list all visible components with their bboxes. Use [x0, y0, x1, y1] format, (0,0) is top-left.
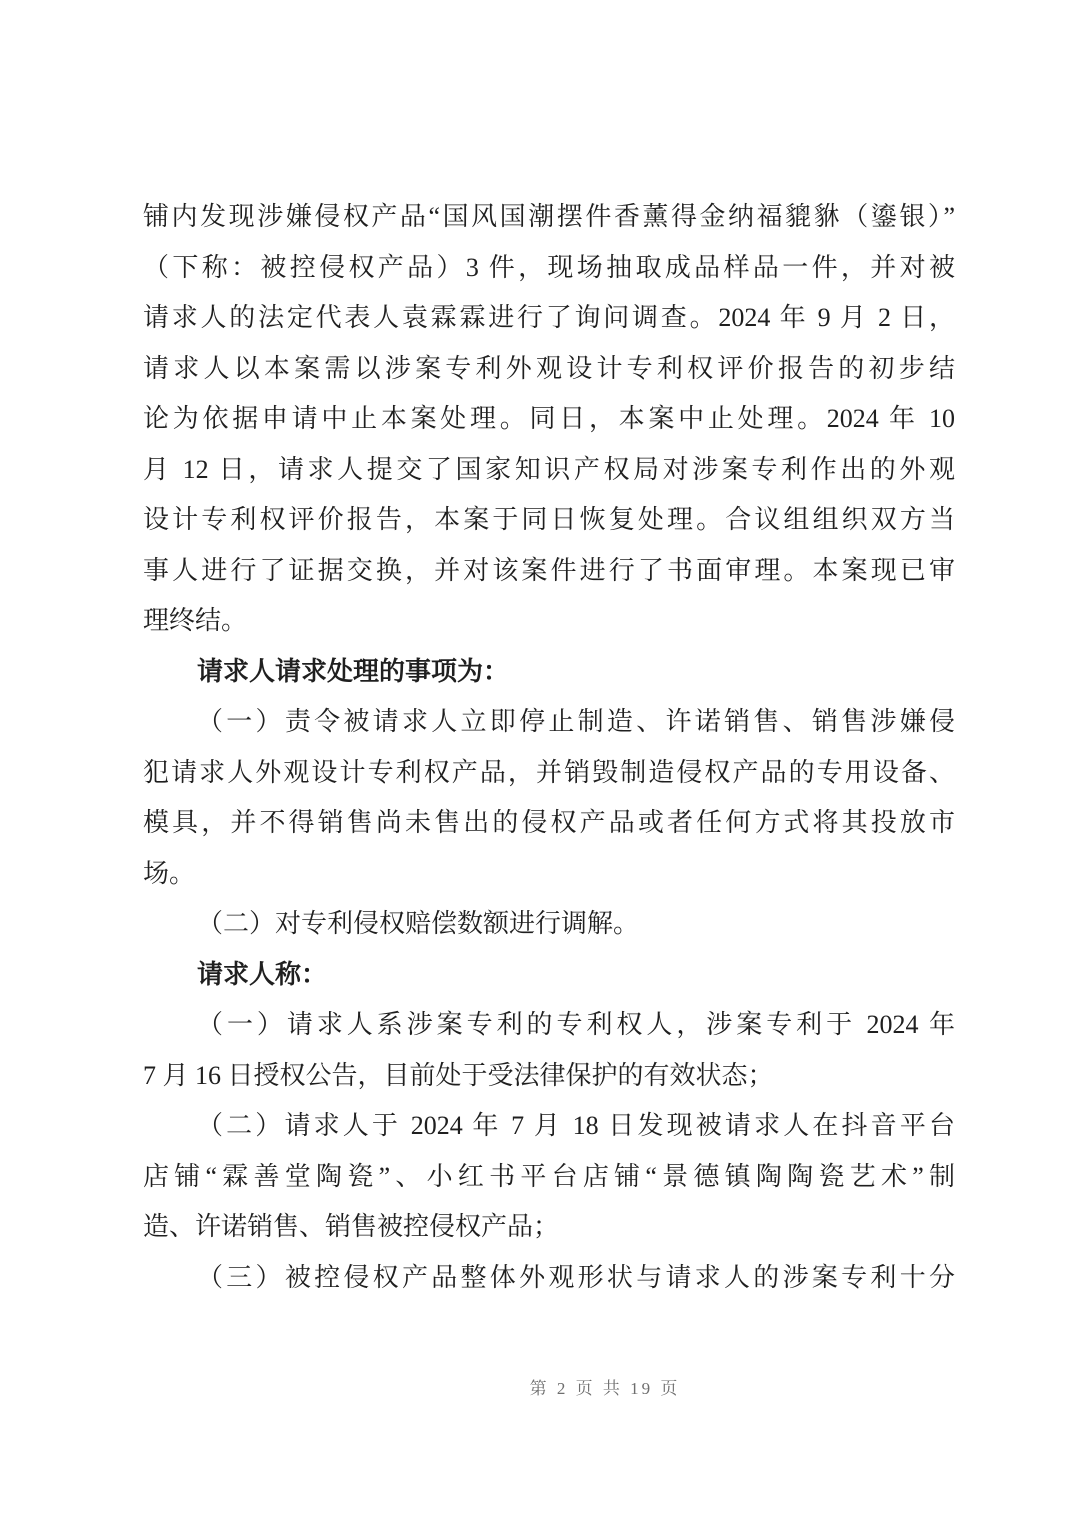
page-footer: 第 2 页 共 19 页 — [530, 1374, 681, 1399]
text-line: 场。 — [143, 849, 955, 900]
text-line: 模具，并不得销售尚未售出的侵权产品或者任何方式将其投放市 — [143, 798, 955, 849]
text-line: （二）对专利侵权赔偿数额进行调解。 — [143, 899, 955, 950]
text-line: （下称：被控侵权产品）3 件，现场抽取成品样品一件，并对被 — [143, 243, 955, 294]
text-line: 7 月 16 日授权公告，目前处于受法律保护的有效状态； — [143, 1051, 955, 1102]
section-heading: 请求人称： — [143, 950, 955, 1001]
text-line: 请求人以本案需以涉案专利外观设计专利权评价报告的初步结 — [143, 344, 955, 395]
text-line: （一）责令被请求人立即停止制造、许诺销售、销售涉嫌侵 — [143, 697, 955, 748]
text-line: 店铺“霖善堂陶瓷”、小红书平台店铺“景德镇陶陶瓷艺术”制 — [143, 1152, 955, 1203]
text-line: 事人进行了证据交换，并对该案件进行了书面审理。本案现已审 — [143, 546, 955, 597]
text-line: 设计专利权评价报告，本案于同日恢复处理。合议组组织双方当 — [143, 495, 955, 546]
text-line: 月 12 日，请求人提交了国家知识产权局对涉案专利作出的外观 — [143, 445, 955, 496]
text-line: 论为依据申请中止本案处理。同日，本案中止处理。2024 年 10 — [143, 394, 955, 445]
text-line: （二）请求人于 2024 年 7 月 18 日发现被请求人在抖音平台 — [143, 1101, 955, 1152]
document-body: 铺内发现涉嫌侵权产品“国风国潮摆件香薰得金纳福貔貅（鎏银）”（下称：被控侵权产品… — [143, 192, 955, 1303]
text-line: 犯请求人外观设计专利权产品，并销毁制造侵权产品的专用设备、 — [143, 748, 955, 799]
text-line: 请求人的法定代表人袁霖霖进行了询问调查。2024 年 9 月 2 日， — [143, 293, 955, 344]
text-line: 铺内发现涉嫌侵权产品“国风国潮摆件香薰得金纳福貔貅（鎏银）” — [143, 192, 955, 243]
text-line: （三）被控侵权产品整体外观形状与请求人的涉案专利十分 — [143, 1253, 955, 1304]
text-line: 理终结。 — [143, 596, 955, 647]
page-number-label: 第 2 页 共 19 页 — [530, 1379, 681, 1398]
text-line: （一）请求人系涉案专利的专利权人，涉案专利于 2024 年 — [143, 1000, 955, 1051]
document-page: 铺内发现涉嫌侵权产品“国风国潮摆件香薰得金纳福貔貅（鎏银）”（下称：被控侵权产品… — [0, 0, 1074, 1520]
text-line: 造、许诺销售、销售被控侵权产品； — [143, 1202, 955, 1253]
section-heading: 请求人请求处理的事项为： — [143, 647, 955, 698]
